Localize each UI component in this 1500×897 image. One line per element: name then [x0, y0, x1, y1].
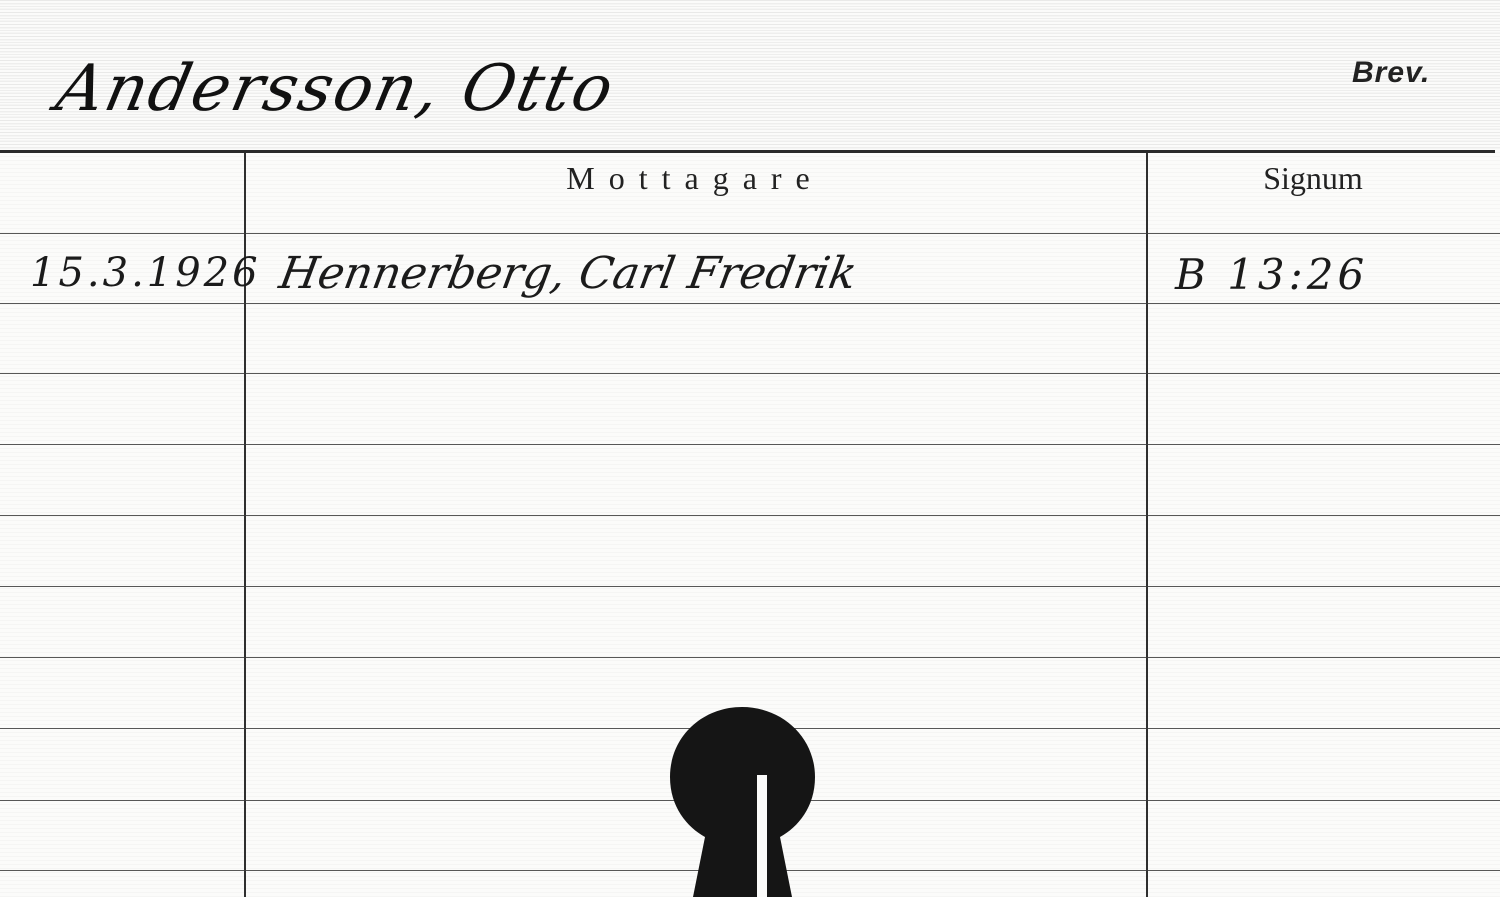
- row-rule: [0, 303, 1500, 304]
- column-header-signum: Signum: [1148, 160, 1478, 197]
- row-rule: [0, 515, 1500, 516]
- row-rule: [0, 586, 1500, 587]
- index-card: Andersson, Otto Brev. Mottagare Signum 1…: [0, 0, 1500, 897]
- column-divider-signum: [1146, 153, 1148, 897]
- keyhole-punch-hole: [670, 707, 815, 897]
- card-type-label: Brev.: [1352, 56, 1430, 90]
- row-rule: [0, 657, 1500, 658]
- row-rule: [0, 373, 1500, 374]
- header-rule: [0, 150, 1495, 153]
- row-date: 15.3.1926: [30, 250, 261, 296]
- row-recipient: Hennerberg, Carl Fredrik: [276, 248, 861, 299]
- row-rule: [0, 233, 1500, 234]
- column-header-mottagare: Mottagare: [246, 160, 1144, 197]
- row-rule: [0, 444, 1500, 445]
- card-name-handwritten: Andersson, Otto: [50, 52, 621, 126]
- row-signum: B 13:26: [1175, 250, 1368, 299]
